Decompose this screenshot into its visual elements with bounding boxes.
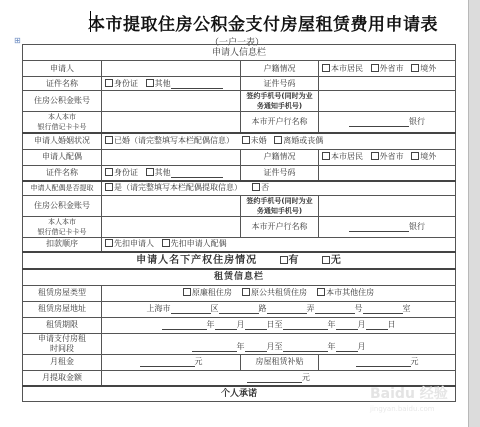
phone-label: 签约手机号(同时为业务通知手机号) (241, 91, 319, 112)
applicant-name-field[interactable] (102, 61, 241, 77)
spouse-fund-account-row: 住房公积金账号 签约手机号(同时为业务通知手机号) (23, 195, 456, 216)
checkbox-other-city-housing[interactable] (317, 288, 325, 296)
page-edge (468, 0, 480, 427)
checkbox-spouse-id-card[interactable] (105, 168, 113, 176)
document-title: 本市提取住房公积金支付房屋租赁费用申请表 (88, 10, 418, 35)
deduction-order-row: 扣款顺序 先扣申请人 先扣申请人配偶 (23, 237, 456, 252)
rental-type-options: 原廉租住房 原公共租赁住房 本市其他住房 (102, 285, 456, 301)
spouse-bank-name-label: 本市开户行名称 (241, 216, 319, 237)
deduction-order-options: 先扣申请人 先扣申请人配偶 (102, 237, 456, 252)
monthly-rent-label: 月租金 (23, 354, 102, 370)
checkbox-married[interactable] (105, 136, 113, 144)
rental-section-header: 租赁信息栏 (23, 269, 456, 285)
applicant-row: 申请人 户籍情况 本市居民 外省市 境外 (23, 61, 456, 77)
phone-field[interactable] (319, 91, 456, 112)
rental-period-field[interactable]: 年月日至年月日 (102, 317, 456, 333)
application-form-table: 申请人信息栏 申请人 户籍情况 本市居民 外省市 境外 证件名称 身份证 其他 … (22, 44, 456, 402)
spouse-id-type-label: 证件名称 (23, 165, 102, 181)
checkbox-property-yes[interactable] (280, 256, 288, 264)
id-number-label: 证件号码 (241, 77, 319, 91)
rental-period-row: 租赁期限 年月日至年月日 (23, 317, 456, 333)
checkbox-local-resident[interactable] (322, 64, 330, 72)
checkbox-spouse-overseas[interactable] (411, 152, 419, 160)
spouse-withdraw-options: 是（请完整填写本栏配偶提取信息） 否 (102, 181, 456, 195)
rental-address-field[interactable]: 上海市区路弄号室 (102, 301, 456, 317)
spouse-name-field[interactable] (102, 149, 241, 165)
checkbox-spouse-id-other[interactable] (146, 168, 154, 176)
spouse-fund-account-label: 住房公积金账号 (23, 195, 102, 216)
spouse-phone-field[interactable] (319, 195, 456, 216)
checkbox-deduct-spouse-first[interactable] (162, 239, 170, 247)
pay-period-label: 申请支付房租时间段 (23, 333, 102, 354)
checkbox-spouse-local-resident[interactable] (322, 152, 330, 160)
spouse-id-type-row: 证件名称 身份证 其他 证件号码 (23, 165, 456, 181)
subsidy-field[interactable]: 元 (319, 354, 456, 370)
bank-card-row: 本人本市银行借记卡卡号 本市开户行名称 银行 (23, 112, 456, 134)
pay-period-field[interactable]: 年月至年月 (102, 333, 456, 354)
rental-type-label: 租赁房屋类型 (23, 285, 102, 301)
applicant-section-header: 申请人信息栏 (23, 45, 456, 61)
spouse-bank-name-field[interactable]: 银行 (319, 216, 456, 237)
spouse-id-number-label: 证件号码 (241, 165, 319, 181)
marital-label: 申请人婚姻状况 (23, 133, 102, 149)
marital-options: 已婚（请完整填写本栏配偶信息） 未婚 离婚或丧偶 (102, 133, 456, 149)
fund-account-row: 住房公积金账号 签约手机号(同时为业务通知手机号) (23, 91, 456, 112)
spouse-withdraw-row: 申请人配偶是否提取 是（请完整填写本栏配偶提取信息） 否 (23, 181, 456, 195)
spouse-fund-account-field[interactable] (102, 195, 241, 216)
property-cell: 申请人名下产权住房情况 有 无 (23, 252, 456, 269)
spouse-bank-card-field[interactable] (102, 216, 241, 237)
fund-account-label: 住房公积金账号 (23, 91, 102, 112)
spouse-id-number-field[interactable] (319, 165, 456, 181)
spouse-phone-label: 签约手机号(同时为业务通知手机号) (241, 195, 319, 216)
checkbox-spouse-other-province[interactable] (371, 152, 379, 160)
spouse-label: 申请人配偶 (23, 149, 102, 165)
property-row: 申请人名下产权住房情况 有 无 (23, 252, 456, 269)
spouse-hukou-label: 户籍情况 (241, 149, 319, 165)
checkbox-id-other[interactable] (146, 79, 154, 87)
deduction-order-label: 扣款顺序 (23, 237, 102, 252)
checkbox-single[interactable] (242, 136, 250, 144)
spouse-row: 申请人配偶 户籍情况 本市居民 外省市 境外 (23, 149, 456, 165)
spouse-hukou-options: 本市居民 外省市 境外 (319, 149, 456, 165)
id-type-label: 证件名称 (23, 77, 102, 91)
checkbox-divorced-widowed[interactable] (274, 136, 282, 144)
withdraw-amount-label: 月提取金额 (23, 370, 102, 386)
rental-period-label: 租赁期限 (23, 317, 102, 333)
property-label: 申请人名下产权住房情况 (136, 255, 257, 266)
spouse-id-type-options: 身份证 其他 (102, 165, 241, 181)
checkbox-former-low-rent[interactable] (183, 288, 191, 296)
bank-card-field[interactable] (102, 112, 241, 134)
watermark: Baidu 经验 jingyan.baidu.com (370, 383, 460, 419)
rental-address-row: 租赁房屋地址 上海市区路弄号室 (23, 301, 456, 317)
rental-type-row: 租赁房屋类型 原廉租住房 原公共租赁住房 本市其他住房 (23, 285, 456, 301)
bank-name-label: 本市开户行名称 (241, 112, 319, 134)
checkbox-id-card[interactable] (105, 79, 113, 87)
rental-section-header-row: 租赁信息栏 (23, 269, 456, 285)
spouse-bank-card-label: 本人本市银行借记卡卡号 (23, 216, 102, 237)
checkbox-deduct-applicant-first[interactable] (105, 239, 113, 247)
applicant-label: 申请人 (23, 61, 102, 77)
pay-period-row: 申请支付房租时间段 年月至年月 (23, 333, 456, 354)
checkbox-property-no[interactable] (322, 256, 330, 264)
fund-account-field[interactable] (102, 91, 241, 112)
monthly-rent-row: 月租金 元 房屋租赁补贴 元 (23, 354, 456, 370)
id-number-field[interactable] (319, 77, 456, 91)
id-type-row: 证件名称 身份证 其他 证件号码 (23, 77, 456, 91)
checkbox-other-province[interactable] (371, 64, 379, 72)
checkbox-former-public-rental[interactable] (242, 288, 250, 296)
checkbox-overseas[interactable] (411, 64, 419, 72)
table-move-handle-icon[interactable]: ⊞ (14, 36, 21, 45)
applicant-section-header-row: 申请人信息栏 (23, 45, 456, 61)
spouse-id-other-blank[interactable] (171, 169, 223, 178)
spouse-withdraw-label: 申请人配偶是否提取 (23, 181, 102, 195)
checkbox-spouse-withdraw-no[interactable] (252, 183, 260, 191)
hukou-options: 本市居民 外省市 境外 (319, 61, 456, 77)
monthly-rent-field[interactable]: 元 (102, 354, 241, 370)
rental-address-label: 租赁房屋地址 (23, 301, 102, 317)
spouse-bank-card-row: 本人本市银行借记卡卡号 本市开户行名称 银行 (23, 216, 456, 237)
checkbox-spouse-withdraw-yes[interactable] (105, 183, 113, 191)
id-type-options: 身份证 其他 (102, 77, 241, 91)
id-other-blank[interactable] (171, 80, 223, 89)
subsidy-label: 房屋租赁补贴 (241, 354, 319, 370)
bank-name-field[interactable]: 银行 (319, 112, 456, 134)
bank-card-label: 本人本市银行借记卡卡号 (23, 112, 102, 134)
hukou-label: 户籍情况 (241, 61, 319, 77)
marital-row: 申请人婚姻状况 已婚（请完整填写本栏配偶信息） 未婚 离婚或丧偶 (23, 133, 456, 149)
